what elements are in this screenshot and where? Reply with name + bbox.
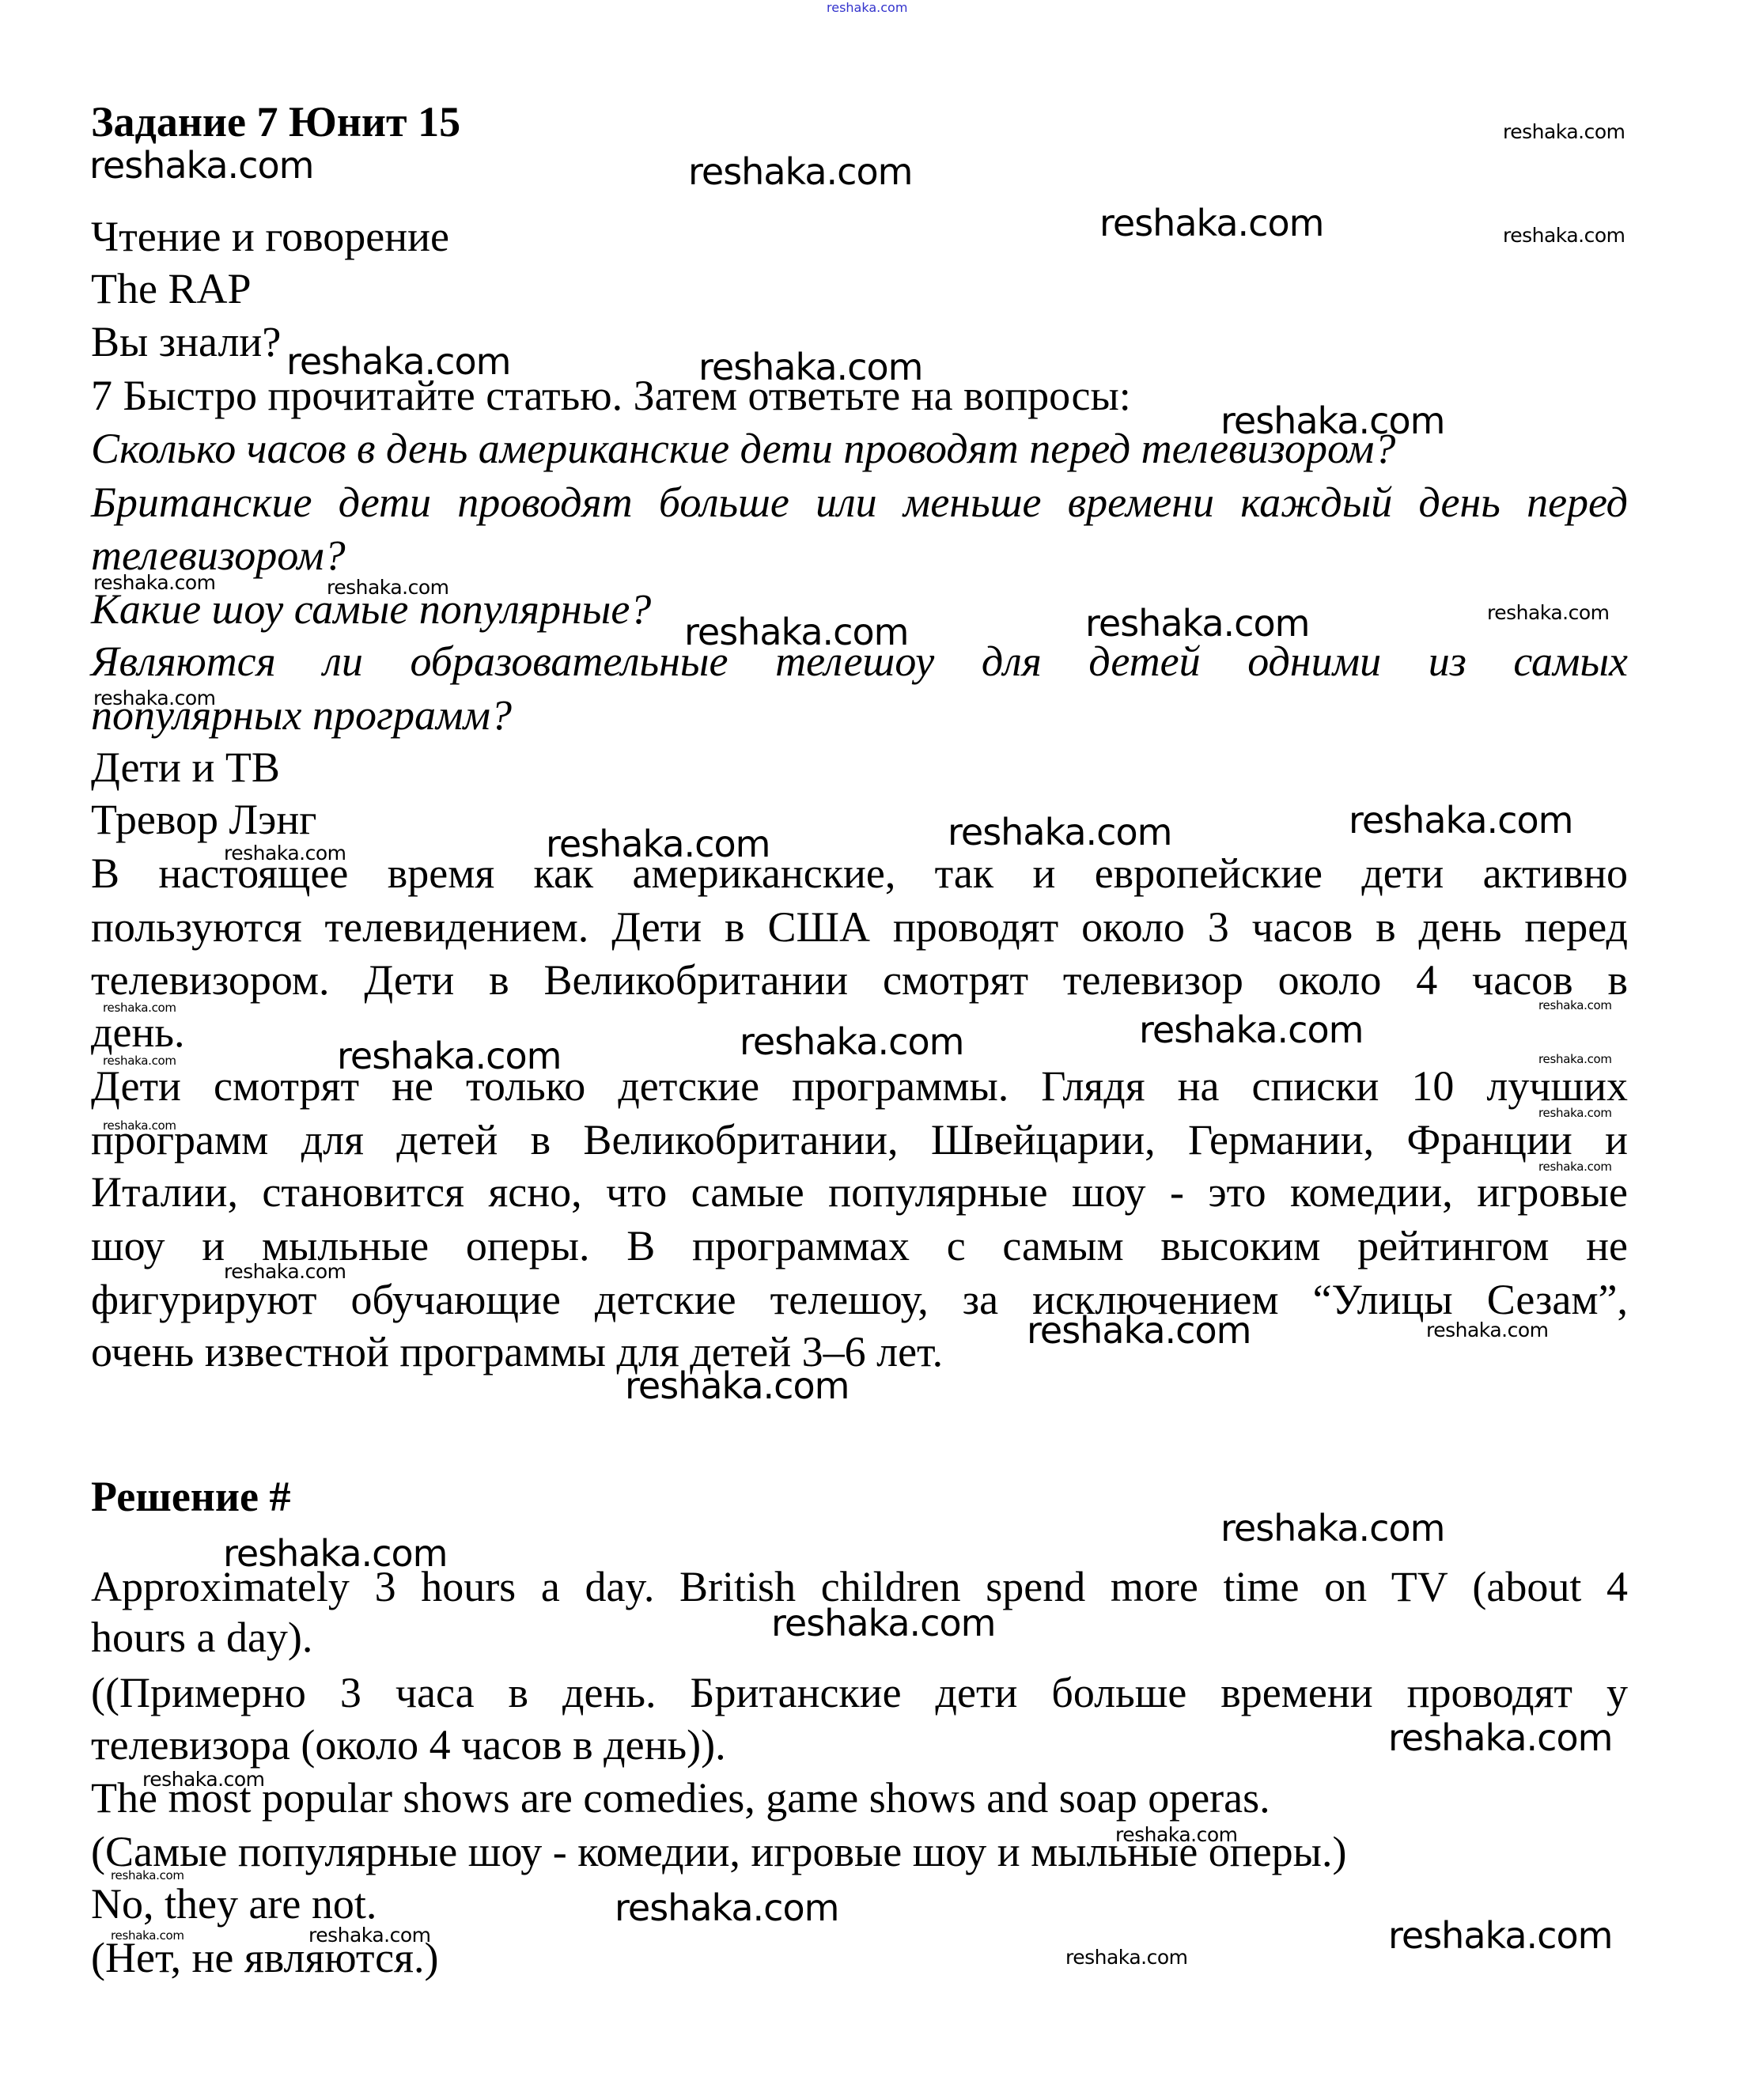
watermark: reshaka.com [103,1118,176,1133]
solution-line: ((Примерно 3 часа в день. Британские дет… [91,1667,1628,1718]
watermark: reshaka.com [103,1054,176,1068]
question-2-line-1: Британские дети проводят больше или мень… [91,477,1628,528]
article-line: телевизором. Дети в Великобритании смотр… [91,955,1628,1005]
watermark: reshaka.com [1220,1507,1444,1549]
watermark: reshaka.com [142,1768,265,1791]
article-line: Италии, становится ясно, что самые попул… [91,1167,1628,1217]
watermark: reshaka.com [103,1001,176,1015]
watermark: reshaka.com [111,1928,184,1943]
watermark: reshaka.com [771,1602,995,1644]
watermark: reshaka.com [223,1532,447,1575]
watermark: reshaka.com [224,1260,346,1283]
watermark: reshaka.com [1503,224,1625,247]
question-2-line-2: телевизором? [91,530,1628,581]
document-page: reshaka.com Задание 7 Юнит 15 Чтение и г… [0,0,1737,2100]
watermark: reshaka.com [1538,998,1612,1012]
watermark: reshaka.com [337,1035,561,1077]
watermark: reshaka.com [1065,1946,1188,1969]
watermark: reshaka.com [1085,602,1309,645]
watermark: reshaka.com [286,340,510,383]
section-heading: Чтение и говорение [91,211,1628,262]
watermark: reshaka.com [1538,1160,1612,1174]
watermark: reshaka.com [1115,1823,1238,1846]
watermark: reshaka.com [615,1886,838,1929]
article-line: пользуются телевидением. Дети в США пров… [91,902,1628,952]
watermark: reshaka.com [224,842,346,865]
site-watermark-top[interactable]: reshaka.com [827,0,907,15]
watermark: reshaka.com [1538,1106,1612,1120]
watermark: reshaka.com [1139,1008,1363,1051]
watermark: reshaka.com [684,611,908,653]
watermark: reshaka.com [698,346,922,388]
watermark: reshaka.com [308,1924,431,1947]
article-line: очень известной программы для детей 3–6 … [91,1326,1628,1377]
watermark: reshaka.com [546,823,770,865]
watermark: reshaka.com [89,144,313,187]
watermark: reshaka.com [327,576,449,599]
watermark: reshaka.com [1426,1319,1549,1341]
article-line: Дети смотрят не только детские программы… [91,1061,1628,1111]
watermark: reshaka.com [948,811,1171,853]
watermark: reshaka.com [1027,1309,1251,1352]
watermark: reshaka.com [740,1020,963,1063]
solution-line: (Самые популярные шоу - комедии, игровые… [91,1826,1628,1877]
article-title: Дети и ТВ [91,742,1628,793]
watermark: reshaka.com [1538,1052,1612,1066]
article-line: программ для детей в Великобритании, Шве… [91,1114,1628,1165]
watermark: reshaka.com [1503,120,1625,143]
watermark: reshaka.com [1099,202,1323,244]
watermark: reshaka.com [93,571,216,594]
watermark: reshaka.com [1349,799,1572,842]
watermark: reshaka.com [625,1364,849,1407]
question-4-line-2: популярных программ? [91,690,1628,740]
watermark: reshaka.com [688,150,912,193]
subsection-heading: The RAP [91,263,1628,314]
watermark: reshaka.com [1388,1716,1612,1759]
watermark: reshaka.com [1388,1914,1612,1957]
watermark: reshaka.com [93,687,216,709]
task-title: Задание 7 Юнит 15 [91,96,1628,147]
watermark: reshaka.com [111,1868,184,1882]
watermark: reshaka.com [1487,601,1610,624]
solution-line: The most popular shows are comedies, gam… [91,1773,1628,1823]
watermark: reshaka.com [1220,399,1444,442]
